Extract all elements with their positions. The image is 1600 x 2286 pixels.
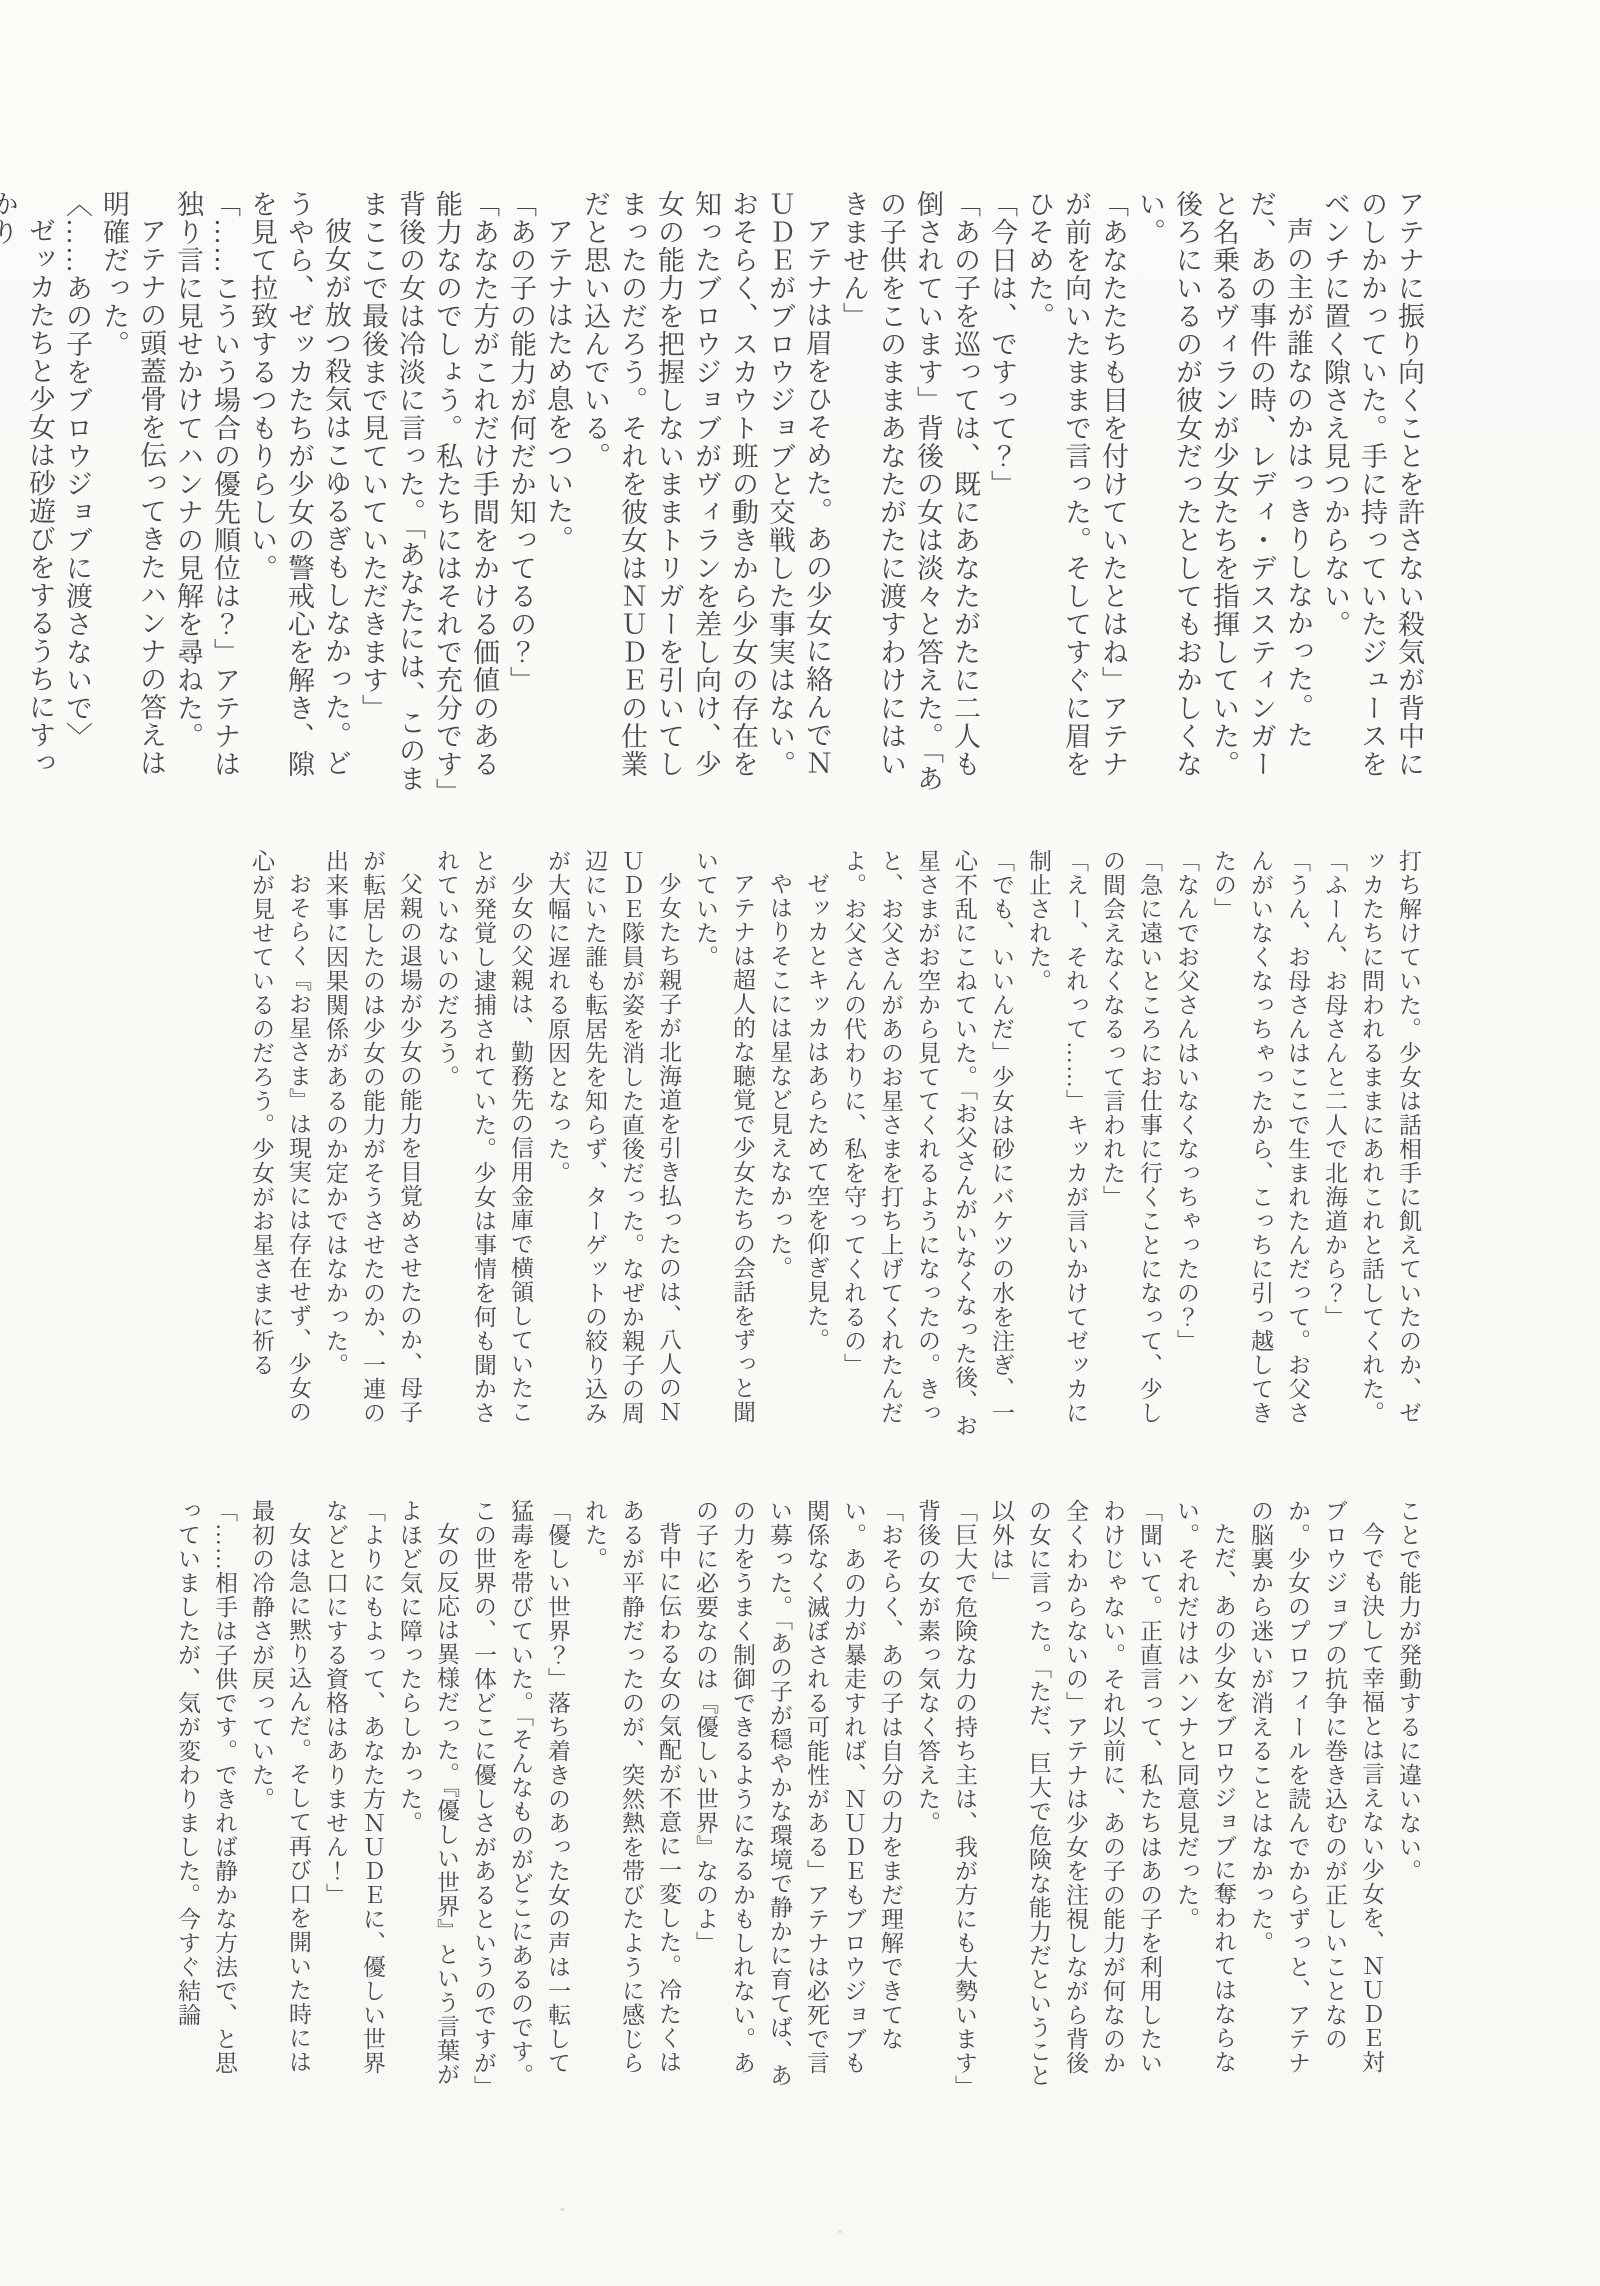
paragraph: 「あの子の能力が何だか知ってるの？」 (502, 190, 539, 802)
text-band-middle: 打ち解けていた。少女は話相手に飢えていたのか、ゼッカたちに問われるままにあれこれ… (243, 849, 1427, 1446)
paragraph: 「巨大で危険な力の持ち主は、我が方にも大勢います」背後の女が素っ気なく答えた。 (909, 1499, 983, 2090)
paragraph: アテナの頭蓋骨を伝ってきたハンナの答えは明確だった。 (95, 190, 169, 802)
paragraph: アテナは超人的な聴覚で少女たちの会話をずっと聞いていた。 (687, 849, 761, 1446)
paragraph: やはりそこには星など見えなかった。 (761, 849, 798, 1446)
novel-page: アテナに振り向くことを許さない殺気が背中にのしかかっていた。手に持っていたジュー… (0, 0, 1600, 2286)
paragraph: 背中に伝わる女の気配が不意に一変した。冷たくはあるが平静だったのが、突然熱を帯び… (576, 1499, 687, 2090)
paragraph: 〈……あの子をブロウジョブに渡さないで〉 (58, 190, 95, 802)
paragraph: ことで能力が発動するに違いない。 (1390, 1499, 1427, 2090)
paragraph: 今でも決して幸福とは言えない少女を、ＮＵＤＥ対ブロウジョブの抗争に巻き込むのが正… (1242, 1499, 1390, 2090)
paragraph: 「優しい世界？」落ち着きのあった女の声は一転して猛毒を帯びていた。「そんなものが… (465, 1499, 576, 2090)
text-band-bottom: ことで能力が発動するに違いない。今でも決して幸福とは言えない少女を、ＮＵＤＥ対ブ… (169, 1499, 1427, 2090)
text-band-top: アテナに振り向くことを許さない殺気が背中にのしかかっていた。手に持っていたジュー… (0, 190, 1427, 802)
scan-speck (560, 2208, 565, 2211)
paragraph: おそらく『お星さま』は現実には存在せず、少女の心が見せているのだろう。少女がお星… (243, 849, 317, 1446)
paragraph: ただ、あの少女をブロウジョブに奪われてはならない。それだけはハンナと同意見だった… (1168, 1499, 1242, 2090)
paragraph: 「急に遠いところにお仕事に行くことになって、少しの間会えなくなるって言われた」 (1094, 849, 1168, 1446)
paragraph: 女の反応は異様だった。『優しい世界』という言葉がよほど気に障ったらしかった。 (391, 1499, 465, 2090)
paragraph: 「あなた方がこれだけ手間をかける価値のある能力なのでしょう。私たちにはそれで充分… (354, 190, 502, 802)
paragraph: 「なんでお父さんはいなくなっちゃったの？」 (1168, 849, 1205, 1446)
paragraph: 「聞いて。正直言って、私たちはあの子を利用したいわけじゃない。それ以前に、あの子… (983, 1499, 1168, 2090)
paragraph: 「おそらく、あの子は自分の力をまだ理解できてない。あの力が暴走すれば、ＮＵＤＥも… (687, 1499, 909, 2090)
paragraph: 声の主が誰なのかはっきりしなかった。ただ、あの事件の時、レディ・デススティンガー… (1131, 190, 1316, 802)
paragraph: 少女たち親子が北海道を引き払ったのは、八人のＮＵＤＥ隊員が姿を消した直後だった。… (539, 849, 687, 1446)
scan-speck (838, 2230, 842, 2233)
paragraph: アテナに振り向くことを許さない殺気が背中にのしかかっていた。手に持っていたジュー… (1316, 190, 1427, 802)
paragraph: 「今日は、ですって？」 (983, 190, 1020, 802)
paragraph: 打ち解けていた。少女は話相手に飢えていたのか、ゼッカたちに問われるままにあれこれ… (1353, 849, 1427, 1446)
paragraph: 「でも、いいんだ」少女は砂にバケツの水を注ぎ、一心不乱にこねていた。「お父さんが… (835, 849, 1020, 1446)
paragraph: 少女の父親は、勤務先の信用金庫で横領していたことが発覚し逮捕されていた。少女は事… (428, 849, 539, 1446)
paragraph: 「あなたたちも目を付けていたとはね」アテナが前を向いたままで言った。そしてすぐに… (1020, 190, 1131, 802)
paragraph: 彼女が放つ殺気はこゆるぎもしなかった。どうやら、ゼッカたちが少女の警戒心を解き、… (243, 190, 354, 802)
paragraph: アテナは眉をひそめた。あの少女に絡んでＮＵＤＥがブロウジョブと交戦した事実はない… (576, 190, 835, 802)
paragraph: 父親の退場が少女の能力を目覚めさせたのか、母子が転居したのは少女の能力がそうさせ… (317, 849, 428, 1446)
paragraph: 「……相手は子供です。できれば静かな方法で、と思っていましたが、気が変わりました… (169, 1499, 243, 2090)
paragraph: 女は急に黙り込んだ。そして再び口を開いた時には最初の冷静さが戻っていた。 (243, 1499, 317, 2090)
paragraph: アテナはため息をついた。 (539, 190, 576, 802)
paragraph: ゼッカとキッカはあらためて空を仰ぎ見た。 (798, 849, 835, 1446)
paragraph: ゼッカたちと少女は砂遊びをするうちにすっかり (0, 190, 58, 802)
scanned-novel-page: { "document": { "language": "ja", "layou… (0, 0, 1600, 2286)
paragraph: 「あの子を巡っては、既にあなたがたに二人も倒されています」背後の女は淡々と答えた… (835, 190, 983, 802)
paragraph: 「うん、お母さんはここで生まれたんだって。お父さんがいなくなっちゃったから、こっ… (1205, 849, 1316, 1446)
paragraph: 「ふーん、お母さんと二人で北海道から？」 (1316, 849, 1353, 1446)
paragraph: 「えー、それって……」キッカが言いかけてゼッカに制止された。 (1020, 849, 1094, 1446)
paragraph: 「よりにもよって、あなた方ＮＵＤＥに、優しい世界などと口にする資格はありません！… (317, 1499, 391, 2090)
paragraph: 「……こういう場合の優先順位は？」アテナは独り言に見せかけてハンナの見解を尋ねた… (169, 190, 243, 802)
